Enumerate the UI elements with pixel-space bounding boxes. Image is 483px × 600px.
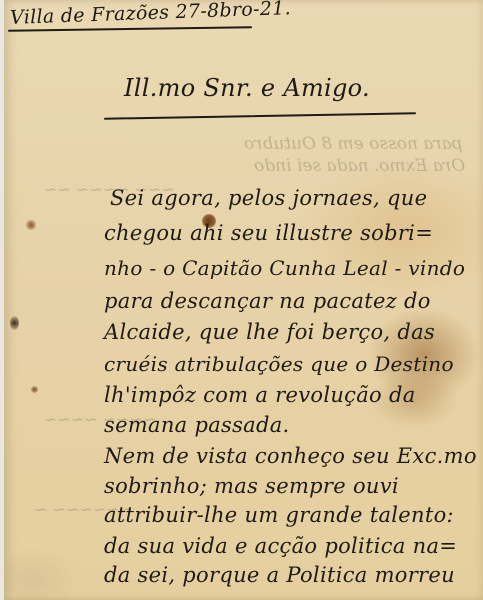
ink-stain [31, 386, 38, 393]
ink-stain [26, 220, 36, 230]
bleed-through-text: Ora Exmo. nada sei indo [254, 156, 465, 176]
body-line: nho - o Capitão Cunha Leal - vindo [104, 256, 465, 280]
body-line: sobrinho; mas sempre ouvi [104, 474, 399, 498]
body-line: Alcaide, que lhe foi berço, das [104, 320, 435, 344]
body-line: Nem de vista conheço seu Exc.mo [104, 444, 477, 468]
letter-page: para nosso em 8 Outubro Ora Exmo. nada s… [4, 0, 483, 600]
salutation: Ill.mo Snr. e Amigo. [124, 74, 370, 102]
body-line: para descançar na pacatez do [104, 289, 431, 313]
body-line: da sei, porque a Politica morreu [104, 563, 455, 587]
body-line: chegou ahi seu illustre sobri= [104, 221, 433, 245]
salutation-underline [104, 112, 416, 119]
body-line: da sua vida e acção politica na= [104, 534, 457, 558]
body-line: lh'impôz com a revolução da [104, 383, 416, 407]
body-line: attribuir-lhe um grande talento: [104, 503, 454, 527]
bleed-through-text: para nosso em 8 Outubro [244, 134, 463, 154]
place-date: Villa de Frazões 27-8bro-21. [10, 0, 292, 29]
body-line: Sei agora, pelos jornaes, que [110, 186, 427, 210]
body-line: cruéis atribulações que o Destino [104, 352, 454, 376]
ink-stain [10, 316, 19, 330]
body-line: semana passada. [104, 413, 290, 437]
